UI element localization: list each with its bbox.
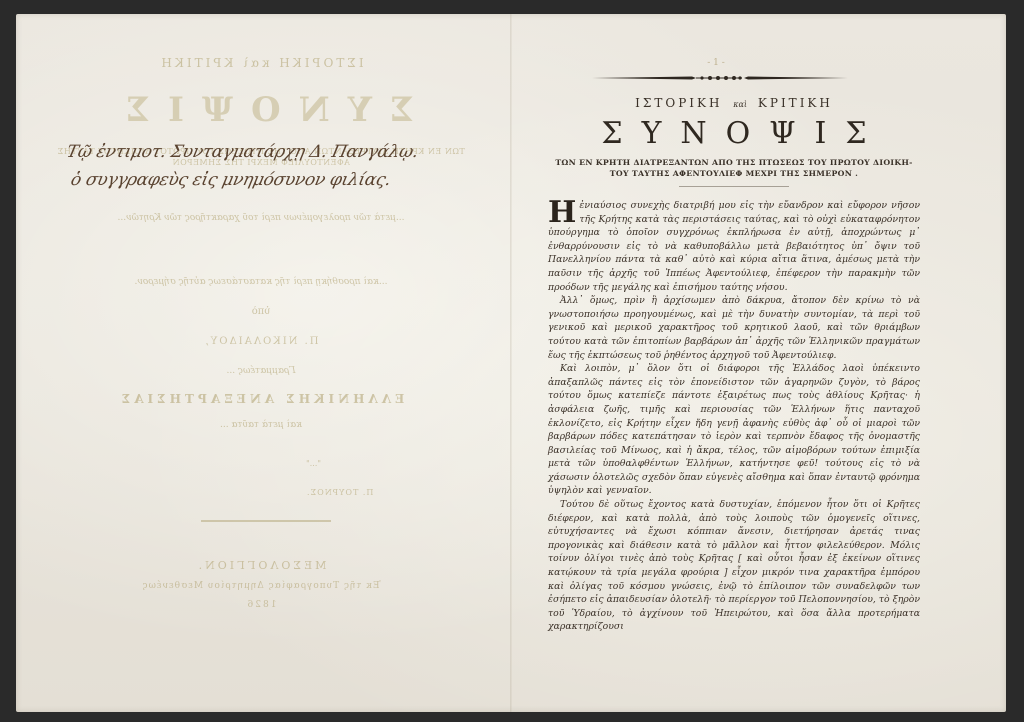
handwritten-line-2: ὁ συγγραφεὺς εἰς μνημόσυνον φιλίας. xyxy=(58,166,424,194)
drop-cap: Η xyxy=(548,201,576,225)
document-sheet: ΙΣΤΟΡΙΚΗ καὶ ΚΡΙΤΙΚΗ ΣΥΝΟΨΙΣ ΤΩΝ ΕΝ ΚΡΗΤ… xyxy=(16,14,1006,712)
paragraph-1-text: ἐνιαύσιος συνεχὴς διατριβή μου εἰς τὴν ε… xyxy=(548,200,920,293)
paragraph-2: Ἀλλ᾽ ὅμως, πρὶν ἢ ἀρχίσωμεν ἀπὸ δάκρυα, … xyxy=(548,294,920,362)
right-page: - 1 - ΙΣΤΟΡΙΚΗ καὶ ΚΡΙΤΙΚΗ ΣΥΝΟΨΙΣ ΤΩΝ Ε… xyxy=(512,14,1006,712)
handwritten-line-1: Τῷ ἐντιμοτ. Συνταγματάρχῃ Δ. Πανγάλῳ. xyxy=(65,142,420,162)
bleed-title-small: ΙΣΤΟΡΙΚΗ καὶ ΚΡΙΤΙΚΗ xyxy=(56,56,466,70)
bleed-quote: "..." xyxy=(56,458,466,469)
paragraph-4: Τούτου δὲ οὕτως ἔχοντος κατὰ δυστυχίαν, … xyxy=(548,498,920,634)
bleed-author: Π. ΝΙΚΟΛΑΙΔΟΥ, xyxy=(56,336,466,347)
title-divider xyxy=(679,186,789,187)
bleed-year: 1826 xyxy=(56,600,466,610)
bleed-by: ὑπὸ xyxy=(56,306,466,317)
bleed-press: Ἐκ τῆς Τυπογραφίας Δημητρίου Μεσθενέως xyxy=(56,581,466,591)
body-text: Ηἐνιαύσιος συνεχὴς διατριβή μου εἰς τὴν … xyxy=(548,199,920,634)
bleed-role: Γραμματέως ... xyxy=(56,366,466,376)
bleed-paragraph-1: ...μετὰ τῶν προλεγομένων περὶ τοῦ χαρακτ… xyxy=(56,212,466,225)
bleed-organization-sub: καὶ μετὰ ταῦτα ... xyxy=(56,420,466,430)
paragraph-3: Καὶ λοιπὸν, μ᾽ ὅλον ὅτι οἱ διάφοροι τῆς … xyxy=(548,362,920,498)
bleed-paragraph-2: ...καὶ προσθήκῃ περὶ τῆς καταστάσεως αὐτ… xyxy=(56,276,466,289)
bleed-organization: ΕΛΛΗΝΙΚΗΣ ΑΝΕΞΑΡΤΗΣΙΑΣ xyxy=(56,392,466,406)
bleed-title-large: ΣΥΝΟΨΙΣ xyxy=(56,90,466,130)
page-number: - 1 - xyxy=(696,58,736,68)
decorative-rule-ornament xyxy=(592,74,848,82)
title-critical: ΚΡΙΤΙΚΗ xyxy=(758,96,833,110)
handwritten-dedication: Τῷ ἐντιμοτ. Συνταγματάρχῃ Δ. Πανγάλῳ. ὁ … xyxy=(58,138,430,194)
subtitle-line-1: ΤΩΝ ΕΝ ΚΡΗΤΗ ΔΙΑΤΡΕΞΑΝΤΩΝ ΑΠΟ ΤΗΣ ΠΤΩΣΕΩ… xyxy=(548,157,920,168)
title-line-1: ΙΣΤΟΡΙΚΗ καὶ ΚΡΙΤΙΚΗ xyxy=(548,96,920,110)
page-content: ΙΣΤΟΡΙΚΗ καὶ ΚΡΙΤΙΚΗ ΣΥΝΟΨΙΣ ΤΩΝ ΕΝ ΚΡΗΤ… xyxy=(548,94,920,634)
subtitle: ΤΩΝ ΕΝ ΚΡΗΤΗ ΔΙΑΤΡΕΞΑΝΤΩΝ ΑΠΟ ΤΗΣ ΠΤΩΣΕΩ… xyxy=(548,157,920,179)
title-conjunction: καὶ xyxy=(733,100,747,109)
page-title: ΣΥΝΟΨΙΣ xyxy=(548,116,920,151)
title-historical: ΙΣΤΟΡΙΚΗ xyxy=(635,96,722,110)
bleed-ornament-rule xyxy=(201,520,331,522)
paragraph-1: Ηἐνιαύσιος συνεχὴς διατριβή μου εἰς τὴν … xyxy=(548,199,920,294)
left-page: ΙΣΤΟΡΙΚΗ καὶ ΚΡΙΤΙΚΗ ΣΥΝΟΨΙΣ ΤΩΝ ΕΝ ΚΡΗΤ… xyxy=(16,14,510,712)
subtitle-line-2: ΤΟΥ ΤΑΥΤΗΣ ΑΦΕΝΤΟΥΛΙΕΦ ΜΕΧΡΙ ΤΗΣ ΣΗΜΕΡΟΝ… xyxy=(548,168,920,179)
bleed-quote-author: Π. ΤΟΥΡΝΟΣ. xyxy=(56,488,466,497)
bleed-place: ΜΕΣΟΛΟΓΓΙΟΝ. xyxy=(56,559,466,572)
